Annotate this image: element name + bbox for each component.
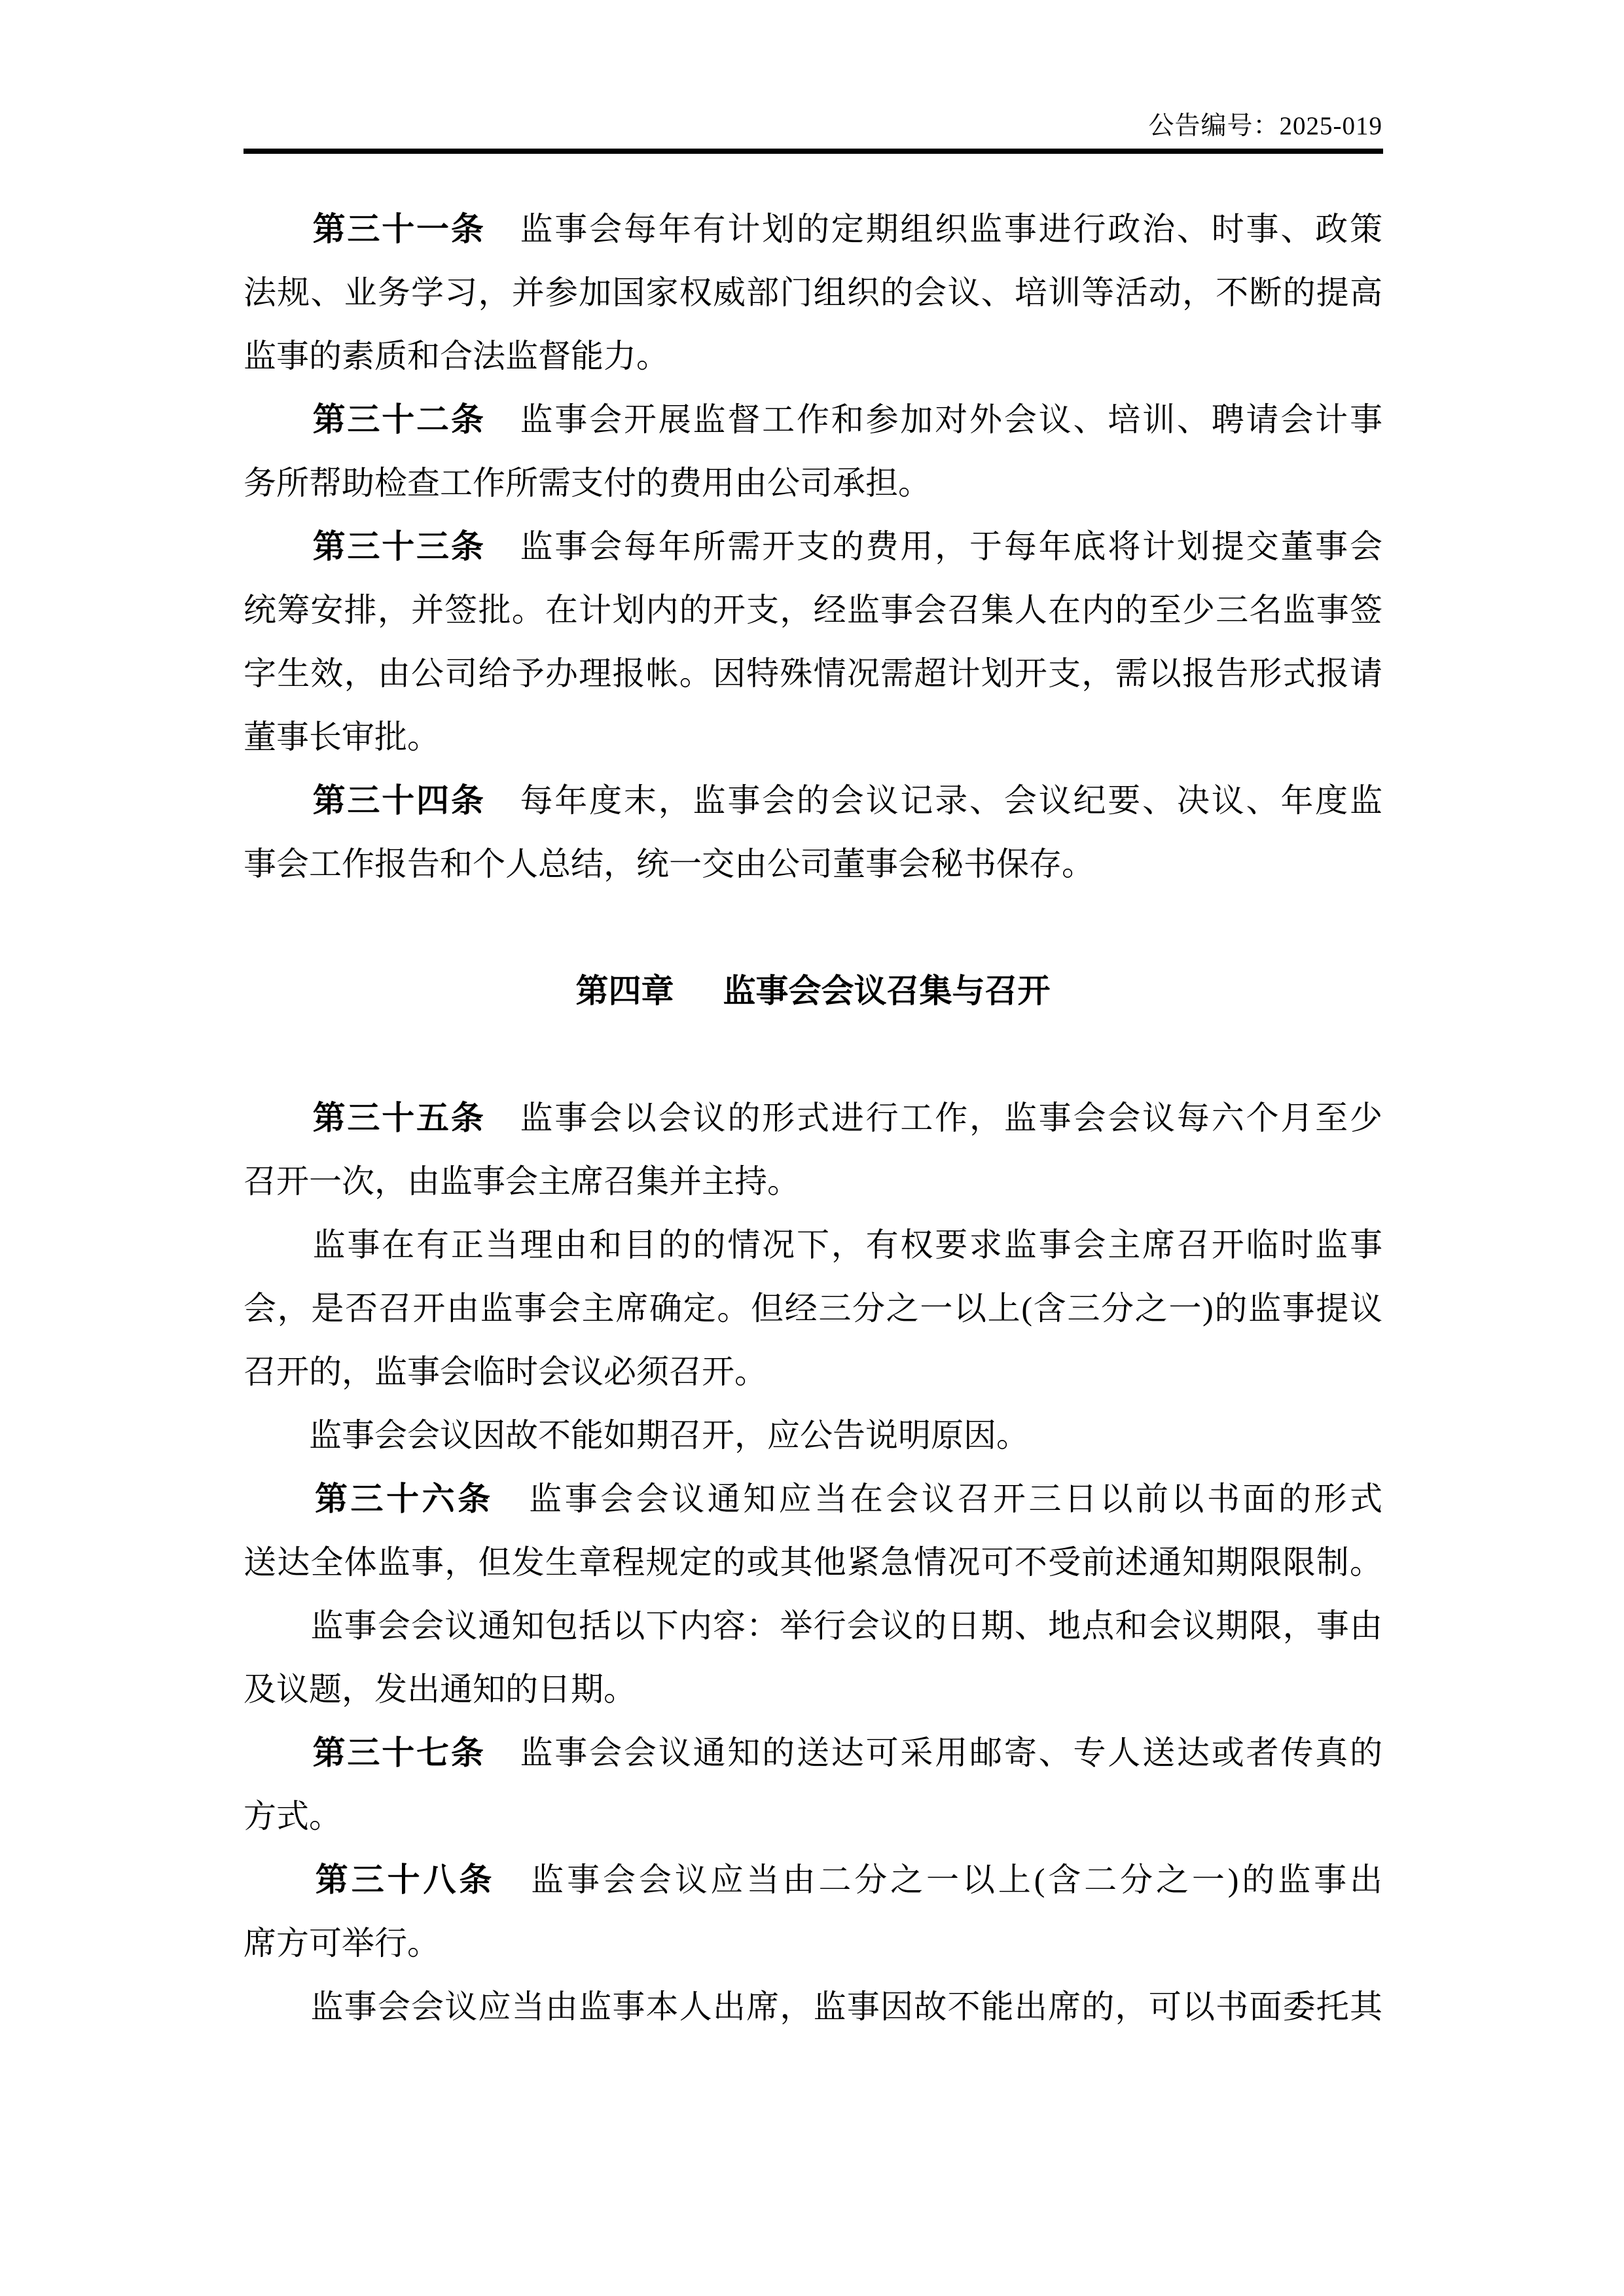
paragraph-line: 第三十二条 监事会开展监督工作和参加对外会议、培训、聘请会计事 <box>244 388 1382 452</box>
paragraph-line: 第三十六条 监事会会议通知应当在会议召开三日以前以书面的形式 <box>244 1467 1382 1531</box>
paragraph: 监事会会议通知包括以下内容：举行会议的日期、地点和会议期限，事由及议题，发出通知… <box>244 1594 1382 1721</box>
paragraph-line: 监事会会议因故不能如期召开，应公告说明原因。 <box>244 1404 1382 1467</box>
paragraph-line: 法规、业务学习，并参加国家权威部门组织的会议、培训等活动，不断的提高 <box>244 261 1382 325</box>
paragraph-line: 第三十八条 监事会会议应当由二分之一以上(含二分之一)的监事出 <box>244 1848 1382 1912</box>
article-label: 第三十四条 <box>244 782 486 819</box>
paragraph-line: 第三十三条 监事会每年所需开支的费用，于每年底将计划提交董事会 <box>244 515 1382 579</box>
paragraph-line: 及议题，发出通知的日期。 <box>244 1658 1382 1721</box>
blank-line <box>244 1023 1382 1086</box>
paragraph: 监事会会议因故不能如期召开，应公告说明原因。 <box>244 1404 1382 1467</box>
article-label: 第三十五条 <box>244 1100 486 1136</box>
article-label: 第三十二条 <box>244 401 486 438</box>
paragraph-line: 第三十七条 监事会会议通知的送达可采用邮寄、专人送达或者传真的 <box>244 1721 1382 1785</box>
paragraph-line: 统筹安排，并签批。在计划内的开支，经监事会召集人在内的至少三名监事签 <box>244 579 1382 642</box>
paragraph: 监事在有正当理由和目的的情况下，有权要求监事会主席召开临时监事会，是否召开由监事… <box>244 1213 1382 1404</box>
paragraph-line: 召开的，监事会临时会议必须召开。 <box>244 1340 1382 1404</box>
paragraph-line: 监事在有正当理由和目的的情况下，有权要求监事会主席召开临时监事 <box>244 1213 1382 1277</box>
paragraph-line: 送达全体监事，但发生章程规定的或其他紧急情况可不受前述通知期限限制。 <box>244 1531 1382 1594</box>
paragraph-line: 第三十五条 监事会以会议的形式进行工作，监事会会议每六个月至少 <box>244 1086 1382 1150</box>
article-label: 第三十六条 <box>244 1480 494 1517</box>
chapter-heading: 第四章 监事会会议召集与召开 <box>244 960 1382 1023</box>
paragraph-line: 席方可举行。 <box>244 1912 1382 1975</box>
header-rule <box>244 149 1383 154</box>
paragraph: 第三十三条 监事会每年所需开支的费用，于每年底将计划提交董事会统筹安排，并签批。… <box>244 515 1382 769</box>
document-body: 第三十一条 监事会每年有计划的定期组织监事进行政治、时事、政策法规、业务学习，并… <box>244 198 1382 2039</box>
paragraph: 监事会会议应当由监事本人出席，监事因故不能出席的，可以书面委托其 <box>244 1975 1382 2039</box>
paragraph-line: 召开一次，由监事会主席召集并主持。 <box>244 1150 1382 1213</box>
doc-number: 公告编号：2025-019 <box>244 110 1382 143</box>
paragraph: 第三十一条 监事会每年有计划的定期组织监事进行政治、时事、政策法规、业务学习，并… <box>244 198 1382 388</box>
paragraph-line: 董事长审批。 <box>244 706 1382 769</box>
paragraph: 第三十八条 监事会会议应当由二分之一以上(含二分之一)的监事出席方可举行。 <box>244 1848 1382 1975</box>
paragraph-line: 务所帮助检查工作所需支付的费用由公司承担。 <box>244 452 1382 515</box>
article-label: 第三十八条 <box>244 1861 495 1898</box>
paragraph-line: 监事的素质和合法监督能力。 <box>244 325 1382 388</box>
paragraph-line: 字生效，由公司给予办理报帐。因特殊情况需超计划开支，需以报告形式报请 <box>244 642 1382 706</box>
paragraph: 第三十四条 每年度末，监事会的会议记录、会议纪要、决议、年度监事会工作报告和个人… <box>244 769 1382 896</box>
article-label: 第三十一条 <box>244 211 486 247</box>
blank-line <box>244 896 1382 960</box>
paragraph-line: 方式。 <box>244 1785 1382 1848</box>
paragraph-line: 第三十一条 监事会每年有计划的定期组织监事进行政治、时事、政策 <box>244 198 1382 261</box>
paragraph-line: 监事会会议通知包括以下内容：举行会议的日期、地点和会议期限，事由 <box>244 1594 1382 1658</box>
article-label: 第三十三条 <box>244 528 486 565</box>
article-label: 第三十七条 <box>244 1734 486 1771</box>
paragraph-line: 事会工作报告和个人总结，统一交由公司董事会秘书保存。 <box>244 833 1382 896</box>
paragraph-line: 监事会会议应当由监事本人出席，监事因故不能出席的，可以书面委托其 <box>244 1975 1382 2039</box>
paragraph: 第三十二条 监事会开展监督工作和参加对外会议、培训、聘请会计事务所帮助检查工作所… <box>244 388 1382 515</box>
paragraph: 第三十六条 监事会会议通知应当在会议召开三日以前以书面的形式送达全体监事，但发生… <box>244 1467 1382 1594</box>
paragraph-line: 第三十四条 每年度末，监事会的会议记录、会议纪要、决议、年度监 <box>244 769 1382 833</box>
paragraph-line: 会，是否召开由监事会主席确定。但经三分之一以上(含三分之一)的监事提议 <box>244 1277 1382 1340</box>
paragraph: 第三十五条 监事会以会议的形式进行工作，监事会会议每六个月至少召开一次，由监事会… <box>244 1086 1382 1213</box>
paragraph: 第三十七条 监事会会议通知的送达可采用邮寄、专人送达或者传真的方式。 <box>244 1721 1382 1848</box>
document-page: 公告编号：2025-019 第三十一条 监事会每年有计划的定期组织监事进行政治、… <box>0 0 1624 2296</box>
